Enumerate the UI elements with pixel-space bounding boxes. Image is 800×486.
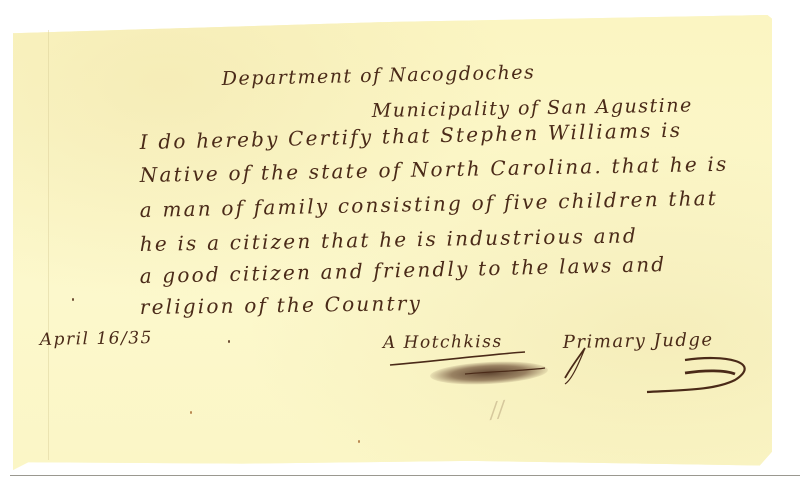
paper-fold-line xyxy=(48,30,49,460)
document-scan: Department of Nacogdoches Municipality o… xyxy=(0,0,800,486)
ink-speck xyxy=(72,298,74,301)
scan-bottom-rule xyxy=(10,475,800,476)
ink-speck xyxy=(190,411,192,414)
signer-title: Primary Judge xyxy=(563,329,714,353)
ink-speck xyxy=(358,440,360,443)
document-date: April 16/35 xyxy=(40,328,153,350)
ink-speck xyxy=(228,340,230,343)
signature-name: A Hotchkiss xyxy=(383,332,503,353)
body-line-6: religion of the Country xyxy=(140,291,422,319)
faint-pencil-mark: // xyxy=(488,397,506,424)
